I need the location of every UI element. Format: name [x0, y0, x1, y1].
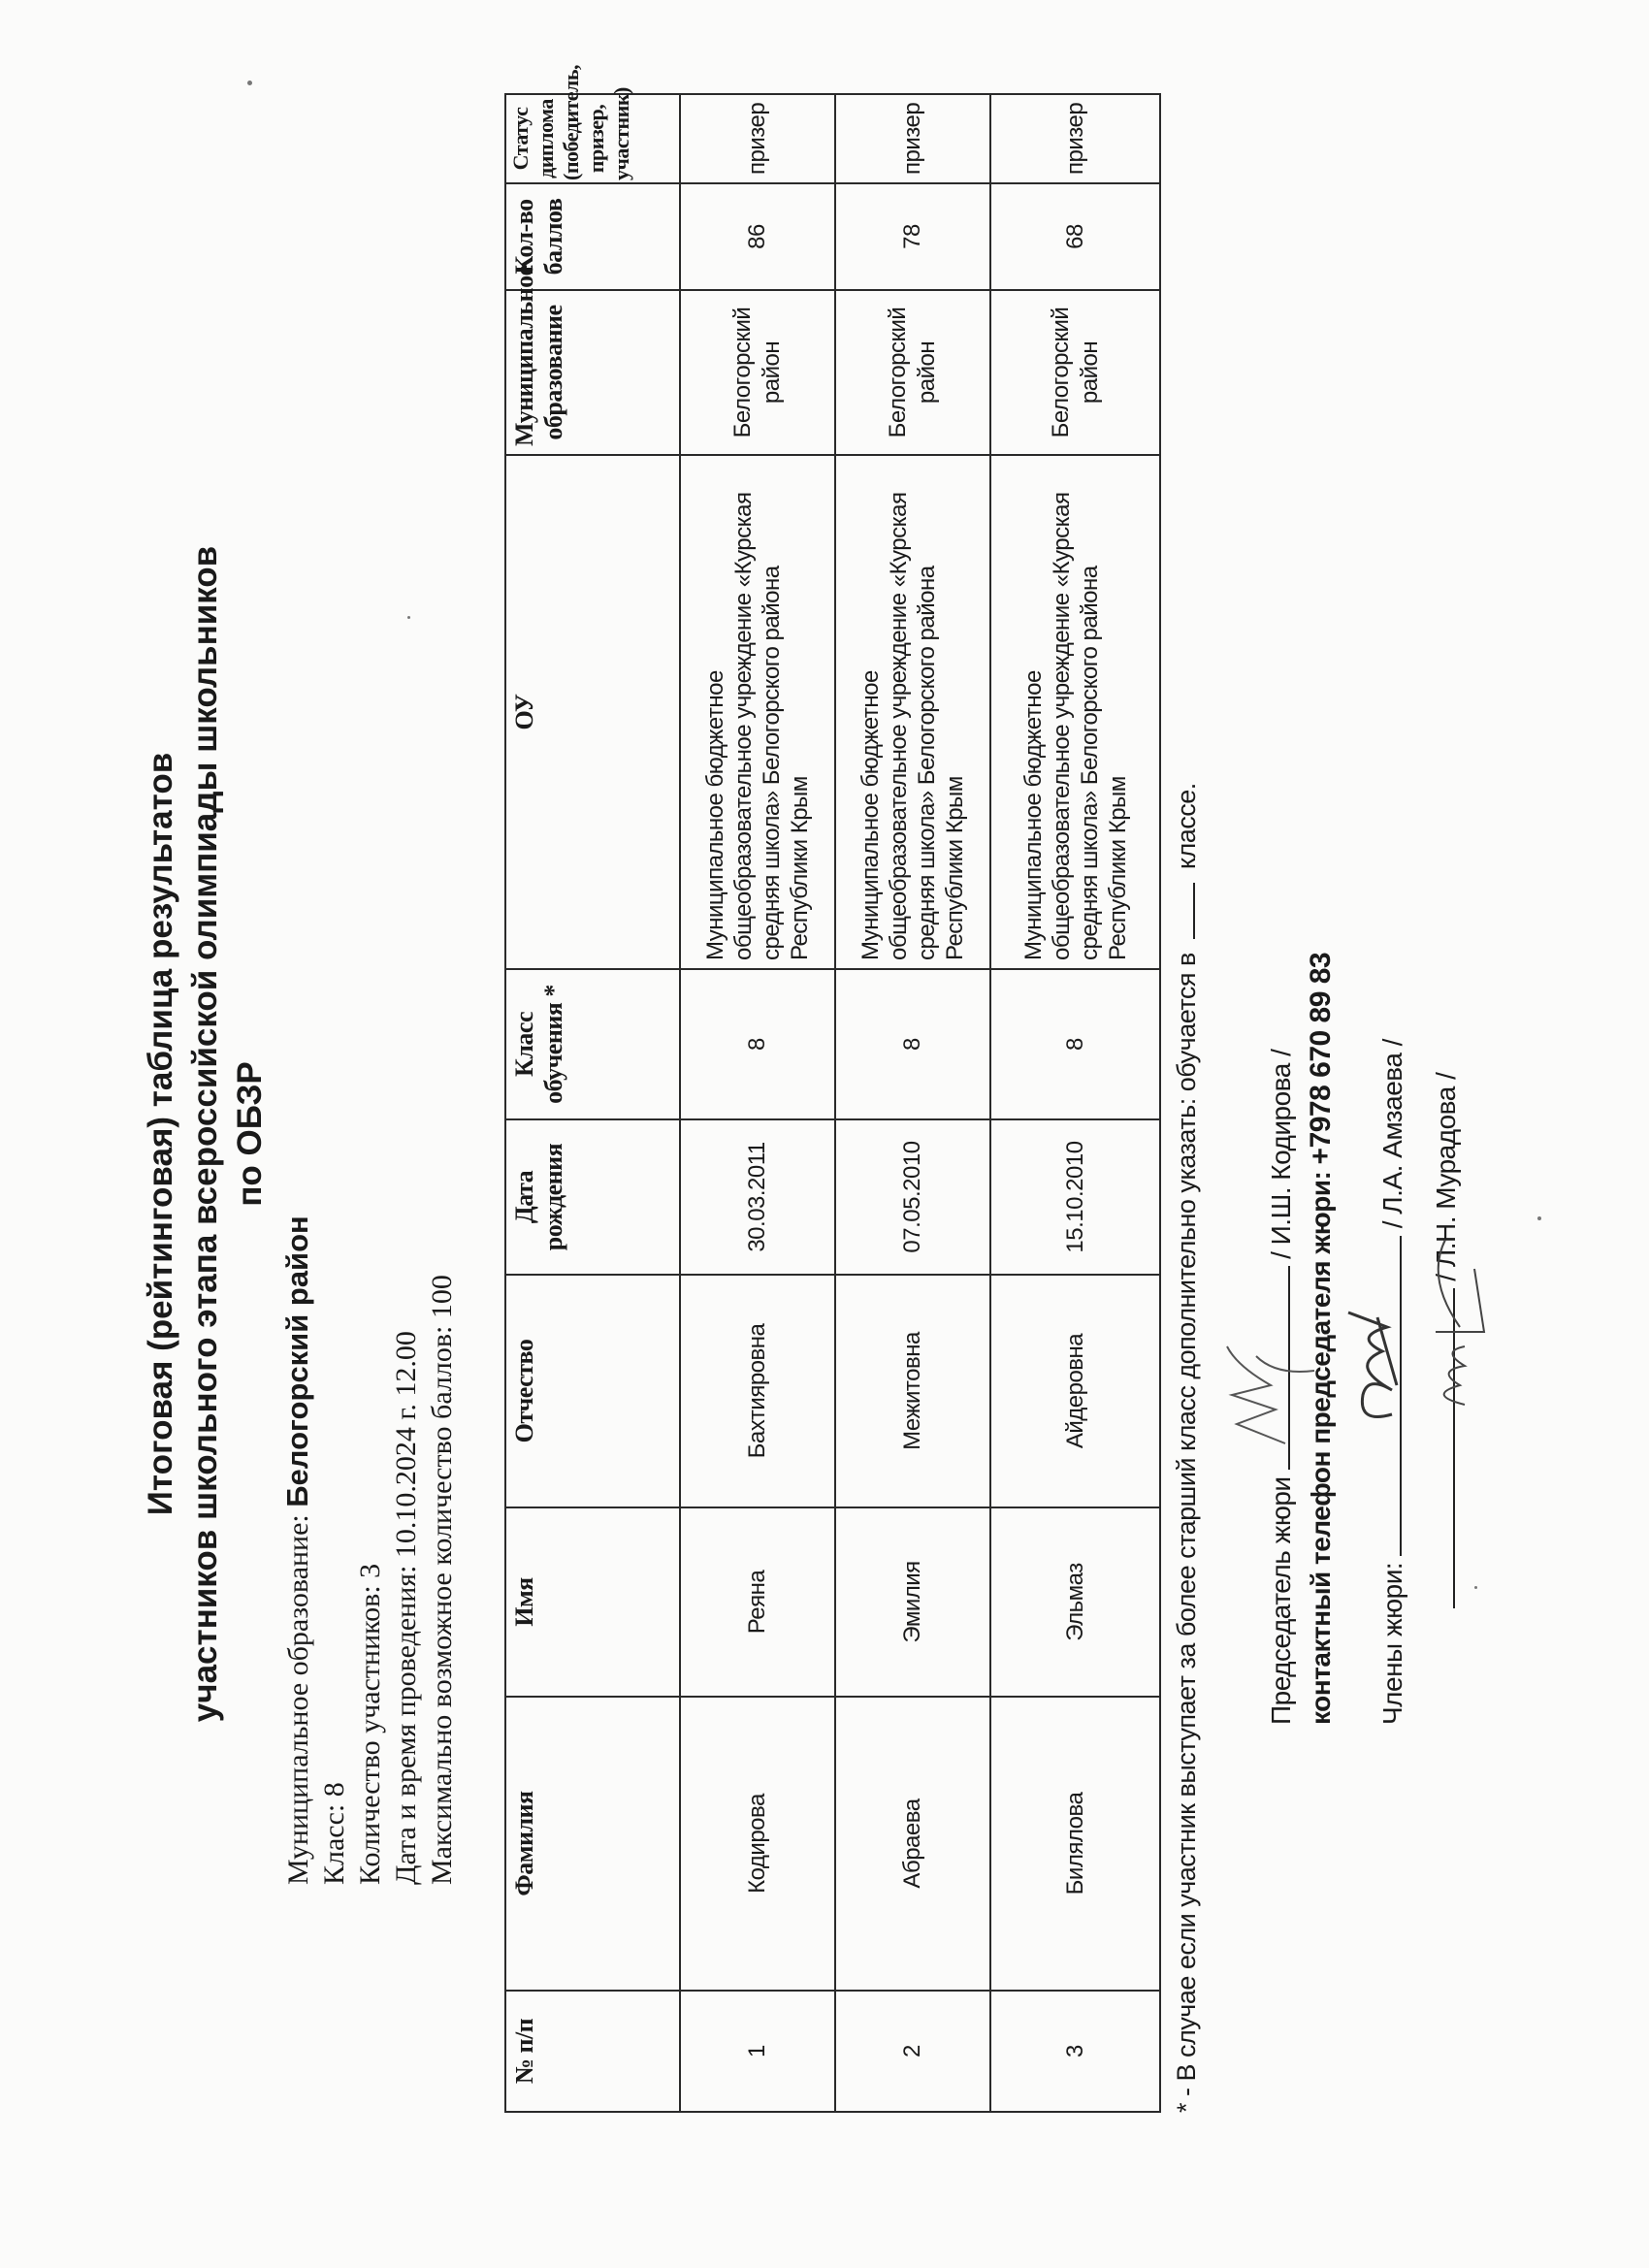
table-row: 1 Кодирова Реяна Бахтияровна 30.03.2011 … — [680, 94, 835, 2112]
table-row: 2 Абраева Эмилия Межитовна 07.05.2010 8 … — [835, 94, 990, 2112]
phone-value: +7978 670 89 83 — [1305, 953, 1337, 1165]
datetime-line: Дата и время проведения: 10.10.2024 г. 1… — [388, 1215, 424, 1885]
header-municipality: Муниципальное образование — [505, 290, 680, 455]
municipality-label: Муниципальное образование: — [282, 1507, 314, 1885]
header-birth-date: Дата рождения — [505, 1119, 680, 1275]
document-title-line-2: участников школьного этапа всероссийской… — [184, 0, 227, 2268]
cell-surname: Билялова — [990, 1697, 1160, 1991]
cell-grade: 8 — [835, 969, 990, 1119]
header-surname: Фамилия — [505, 1697, 680, 1991]
cell-patronymic: Айдеровна — [990, 1275, 1160, 1507]
class-value: 8 — [318, 1782, 350, 1797]
cell-grade: 8 — [990, 969, 1160, 1119]
jury-member-1-name: / Л.А. Амзаева / — [1377, 1039, 1407, 1228]
header-score: Кол-во баллов — [505, 183, 680, 290]
phone-label: контактный телефон председателя жюри: — [1306, 1164, 1336, 1725]
cell-score: 68 — [990, 183, 1160, 290]
datetime-label: Дата и время проведения: — [390, 1558, 422, 1885]
header-patronymic: Отчество — [505, 1275, 680, 1507]
table-row: 3 Билялова Эльмаз Айдеровна 15.10.2010 8… — [990, 94, 1160, 2112]
cell-grade: 8 — [680, 969, 835, 1119]
handwritten-signature-member-2 — [1406, 1230, 1523, 1424]
cell-birth-date: 30.03.2011 — [680, 1119, 835, 1275]
cell-municipality: Белогорский район — [680, 290, 835, 455]
cell-score: 86 — [680, 183, 835, 290]
scan-speck — [247, 81, 252, 85]
participants-value: 3 — [354, 1564, 386, 1578]
header-num: № п/п — [505, 1991, 680, 2112]
jury-chair-name: / И.Ш. Кодирова / — [1266, 1050, 1296, 1259]
signature-underline — [1288, 1266, 1290, 1470]
cell-surname: Абраева — [835, 1697, 990, 1991]
document-title-line-1: Итоговая (рейтинговая) таблица результат… — [140, 0, 182, 2268]
max-score-line: Максимально возможное количество баллов:… — [424, 1215, 460, 1885]
footnote-blank-field — [1193, 883, 1195, 939]
jury-member-1-signature-line: Члены жюри: / Л.А. Амзаева / — [1377, 1039, 1408, 1725]
cell-municipality: Белогорский район — [990, 290, 1160, 455]
document-title-line-3: по ОБЗР — [229, 0, 272, 2268]
scan-speck — [1474, 1586, 1477, 1589]
jury-chair-phone-line: контактный телефон председателя жюри: +7… — [1305, 953, 1338, 1725]
signature-underline — [1400, 1236, 1402, 1556]
cell-patronymic: Межитовна — [835, 1275, 990, 1507]
cell-school: Муниципальное бюджетное общеобразователь… — [680, 455, 835, 969]
cell-patronymic: Бахтияровна — [680, 1275, 835, 1507]
cell-name: Эмилия — [835, 1507, 990, 1697]
cell-surname: Кодирова — [680, 1697, 835, 1991]
cell-birth-date: 15.10.2010 — [990, 1119, 1160, 1275]
cell-school: Муниципальное бюджетное общеобразователь… — [835, 455, 990, 969]
cell-num: 3 — [990, 1991, 1160, 2112]
footnote: * - В случае если участник выступает за … — [1172, 783, 1202, 2113]
municipality-line: Муниципальное образование: Белогорский р… — [279, 1215, 316, 1885]
document-meta-block: Муниципальное образование: Белогорский р… — [279, 1215, 460, 1885]
cell-name: Эльмаз — [990, 1507, 1160, 1697]
cell-status: призер — [680, 94, 835, 183]
cell-num: 1 — [680, 1991, 835, 2112]
cell-school: Муниципальное бюджетное общеобразователь… — [990, 455, 1160, 969]
max-score-label: Максимально возможное количество баллов: — [426, 1318, 458, 1885]
header-name: Имя — [505, 1507, 680, 1697]
jury-member-2-signature-line: / Л.Н. Мурадова / — [1431, 1073, 1462, 1608]
cell-birth-date: 07.05.2010 — [835, 1119, 990, 1275]
scan-speck — [407, 616, 410, 619]
scan-speck — [1537, 1216, 1541, 1220]
footnote-text-end: классе. — [1172, 783, 1201, 869]
scanned-document-page: Итоговая (рейтинговая) таблица результат… — [0, 0, 1649, 2268]
participants-label: Количество участников: — [354, 1578, 386, 1885]
cell-municipality: Белогорский район — [835, 290, 990, 455]
jury-chair-label: Председатель жюри — [1266, 1476, 1296, 1725]
footnote-text: * - В случае если участник выступает за … — [1172, 953, 1201, 2113]
jury-member-2-name: / Л.Н. Мурадова / — [1431, 1073, 1461, 1281]
cell-score: 78 — [835, 183, 990, 290]
class-line: Класс: 8 — [316, 1215, 352, 1885]
signature-underline — [1453, 1288, 1455, 1608]
participants-line: Количество участников: 3 — [352, 1215, 388, 1885]
table-header-row: № п/п Фамилия Имя Отчество Дата рождения… — [505, 94, 680, 2112]
class-label: Класс: — [318, 1797, 350, 1885]
header-school: ОУ — [505, 455, 680, 969]
jury-members-label: Члены жюри: — [1377, 1563, 1407, 1725]
datetime-value: 10.10.2024 г. 12.00 — [390, 1331, 422, 1558]
cell-num: 2 — [835, 1991, 990, 2112]
max-score-value: 100 — [426, 1275, 458, 1318]
header-status: Статус диплома (победитель, призер, учас… — [505, 94, 680, 183]
municipality-value: Белогорский район — [280, 1215, 314, 1507]
header-grade: Класс обучения * — [505, 969, 680, 1119]
cell-status: призер — [835, 94, 990, 183]
cell-status: призер — [990, 94, 1160, 183]
results-table: № п/п Фамилия Имя Отчество Дата рождения… — [504, 93, 1161, 2113]
jury-chair-signature-line: Председатель жюри / И.Ш. Кодирова / — [1266, 1050, 1297, 1725]
cell-name: Реяна — [680, 1507, 835, 1697]
